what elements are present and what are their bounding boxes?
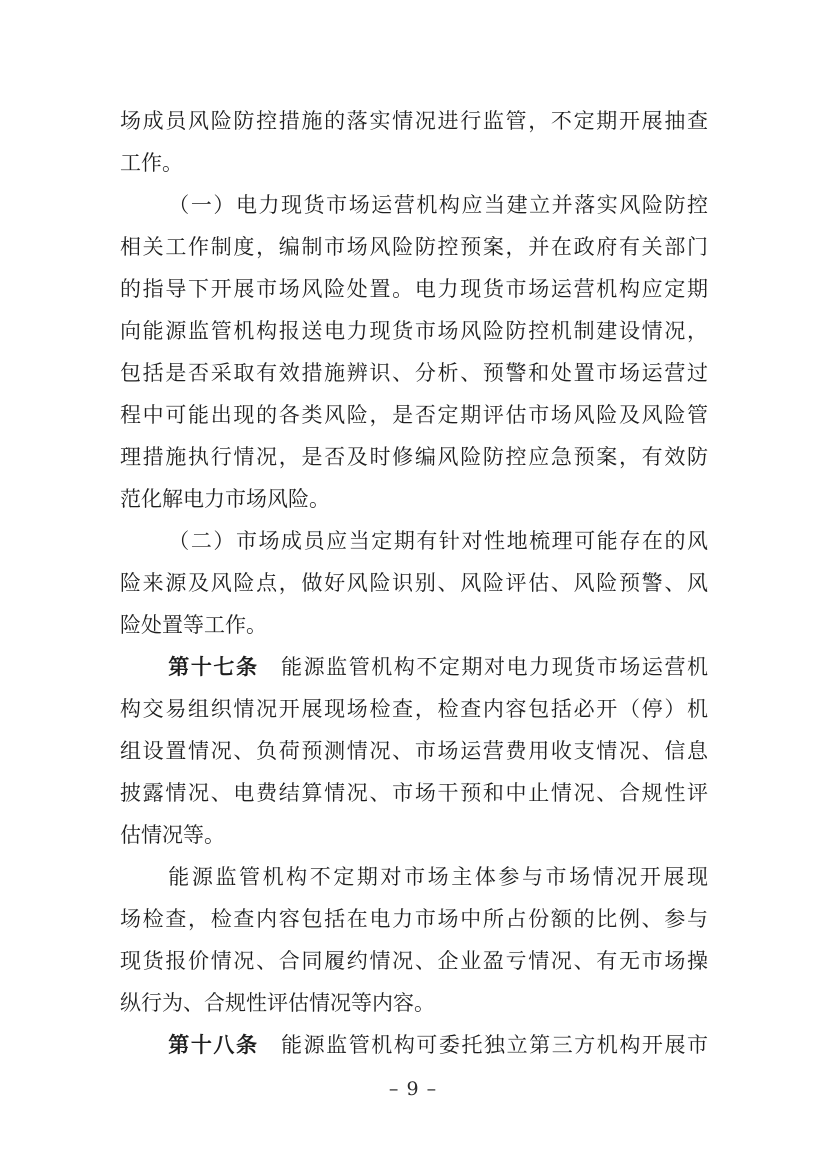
text-line-paragraph-start: 能源监管机构不定期对市场主体参与市场情况开展现 [120,856,708,898]
text-line: 包括是否采取有效措施辨识、分析、预警和处置市场运营过 [120,352,708,394]
text-line: 构交易组织情况开展现场检查，检查内容包括必开（停）机 [120,688,708,730]
text-line-item-1-start: （一）电力现货市场运营机构应当建立并落实风险防控 [120,184,708,226]
text-line: 披露情况、电费结算情况、市场干预和中止情况、合规性评 [120,772,708,814]
text-line: 纵行为、合规性评估情况等内容。 [120,982,708,1024]
page-footer: – 9 – [0,1078,826,1100]
text-line: 现货报价情况、合同履约情况、企业盈亏情况、有无市场操 [120,940,708,982]
text-line: 场检查，检查内容包括在电力市场中所占份额的比例、参与 [120,898,708,940]
article-18-text: 能源监管机构可委托独立第三方机构开展市 [259,1033,709,1057]
article-18-number: 第十八条 [168,1032,258,1057]
text-line: 相关工作制度，编制市场风险防控预案，并在政府有关部门 [120,226,708,268]
text-line: 范化解电力市场风险。 [120,478,708,520]
text-line: 向能源监管机构报送电力现货市场风险防控机制建设情况， [120,310,708,352]
text-line: 程中可能出现的各类风险，是否定期评估市场风险及风险管 [120,394,708,436]
text-line: 理措施执行情况，是否及时修编风险防控应急预案，有效防 [120,436,708,478]
text-line: 工作。 [120,142,708,184]
document-body: 场成员风险防控措施的落实情况进行监管，不定期开展抽查 工作。 （一）电力现货市场… [120,100,708,1066]
text-line: 险来源及风险点，做好风险识别、风险评估、风险预警、风 [120,562,708,604]
text-line-article-17-start: 第十七条 能源监管机构不定期对电力现货市场运营机 [120,646,708,688]
text-line: 险处置等工作。 [120,604,708,646]
document-page: 场成员风险防控措施的落实情况进行监管，不定期开展抽查 工作。 （一）电力现货市场… [0,0,826,1169]
text-line: 组设置情况、负荷预测情况、市场运营费用收支情况、信息 [120,730,708,772]
text-line-article-18-start: 第十八条 能源监管机构可委托独立第三方机构开展市 [120,1024,708,1066]
page-number: – 9 – [389,1078,437,1100]
article-17-number: 第十七条 [168,654,258,679]
text-line: 的指导下开展市场风险处置。电力现货市场运营机构应定期 [120,268,708,310]
text-line: 估情况等。 [120,814,708,856]
article-17-text: 能源监管机构不定期对电力现货市场运营机 [259,655,709,679]
text-line-item-2-start: （二）市场成员应当定期有针对性地梳理可能存在的风 [120,520,708,562]
text-line: 场成员风险防控措施的落实情况进行监管，不定期开展抽查 [120,100,708,142]
